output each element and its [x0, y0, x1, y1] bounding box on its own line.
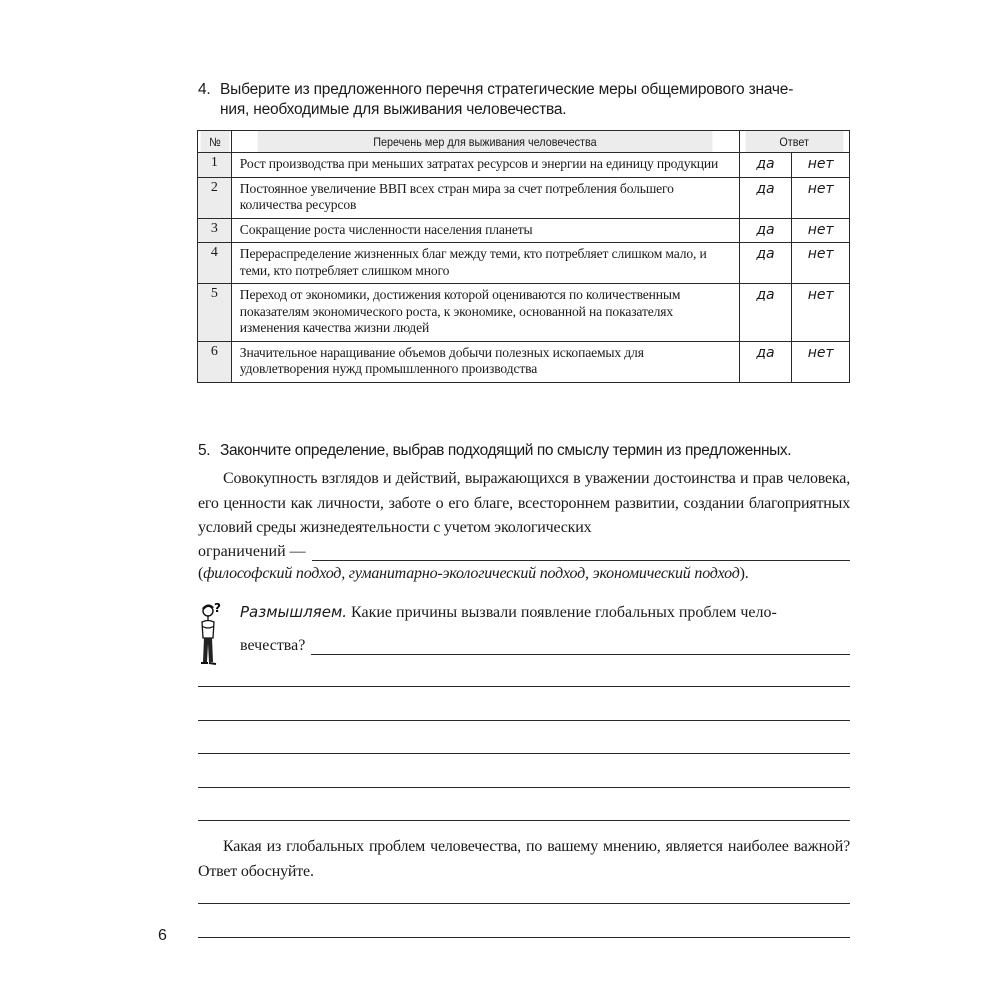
definition-fill-row: ограничений —	[198, 543, 850, 561]
answer-yes[interactable]: да	[739, 341, 792, 382]
task-number: 4.	[198, 80, 220, 100]
answer-yes[interactable]: да	[739, 177, 792, 218]
measures-table: № Перечень мер для выживания человечеств…	[197, 130, 850, 383]
question-2-text: Какая из глобальных проблем человечества…	[198, 838, 850, 880]
task-number: 5.	[198, 441, 220, 461]
answer-line[interactable]	[198, 937, 850, 938]
table-row: 6Значительное наращивание объемов добычи…	[198, 341, 850, 382]
options-text: философский подход, гуманитарно-экологич…	[203, 565, 740, 582]
answer-line[interactable]	[198, 820, 850, 821]
measure-text: Значительное наращивание объемов добычи …	[231, 341, 739, 382]
measure-text: Рост производства при меньших затратах р…	[231, 153, 739, 178]
header-answer: Ответ	[745, 131, 844, 153]
answer-line[interactable]	[198, 903, 850, 904]
answer-yes[interactable]: да	[739, 243, 792, 284]
answer-yes[interactable]: да	[739, 284, 792, 342]
table-row: 3Сокращение роста численности населения …	[198, 218, 850, 243]
definition-answer-line[interactable]	[312, 546, 850, 561]
reflection-question-2: вечества?	[240, 637, 305, 655]
task-4-heading: 4.Выберите из предложенного перечня стра…	[198, 80, 793, 120]
thinking-boy-icon: ?	[196, 600, 232, 675]
task-4-line-1: Выберите из предложенного перечня страте…	[220, 81, 793, 98]
task-4-line-2: ния, необходимые для выживания человечес…	[198, 100, 793, 120]
answer-no[interactable]: нет	[792, 153, 850, 178]
answer-no[interactable]: нет	[792, 177, 850, 218]
answer-line[interactable]	[198, 686, 850, 687]
answer-yes[interactable]: да	[739, 153, 792, 178]
question-2-paragraph: Какая из глобальных проблем человечества…	[198, 835, 850, 884]
reflection-block: Размышляем. Какие причины вызвали появле…	[240, 603, 850, 622]
term-options: (философский подход, гуманитарно-экологи…	[198, 565, 749, 583]
table-header-row: № Перечень мер для выживания человечеств…	[198, 131, 850, 153]
task-5-heading: 5.Закончите определение, выбрав подходящ…	[198, 441, 791, 461]
paren-close: ).	[740, 565, 749, 582]
definition-text: Совокупность взглядов и действий, выража…	[198, 470, 850, 536]
measure-text: Постоянное увеличение ВВП всех стран мир…	[231, 177, 739, 218]
answer-no[interactable]: нет	[792, 341, 850, 382]
answer-line[interactable]	[198, 720, 850, 721]
answer-no[interactable]: нет	[792, 284, 850, 342]
reflection-question-1: Какие причины вызвали появление глобальн…	[347, 604, 777, 621]
reflection-label: Размышляем.	[240, 603, 347, 621]
table-row: 2Постоянное увеличение ВВП всех стран ми…	[198, 177, 850, 218]
answer-yes[interactable]: да	[739, 218, 792, 243]
row-number: 4	[198, 243, 232, 284]
page-number: 6	[158, 927, 167, 945]
answer-no[interactable]: нет	[792, 243, 850, 284]
table-row: 1Рост производства при меньших затратах …	[198, 153, 850, 178]
svg-text:?: ?	[214, 601, 221, 615]
measure-text: Переход от экономики, достижения которой…	[231, 284, 739, 342]
reflection-answer-line[interactable]	[311, 640, 850, 655]
table-row: 5Переход от экономики, достижения которо…	[198, 284, 850, 342]
measure-text: Сокращение роста численности населения п…	[231, 218, 739, 243]
header-measures: Перечень мер для выживания человечества	[257, 131, 714, 153]
row-number: 6	[198, 341, 232, 382]
row-number: 5	[198, 284, 232, 342]
reflection-fill-row: вечества?	[240, 637, 850, 655]
row-number: 3	[198, 218, 232, 243]
row-number: 2	[198, 177, 232, 218]
row-number: 1	[198, 153, 232, 178]
answer-line[interactable]	[198, 753, 850, 754]
definition-paragraph: Совокупность взглядов и действий, выража…	[198, 467, 850, 541]
task-5-heading-text: Закончите определение, выбрав подходящий…	[220, 442, 791, 459]
header-num: №	[199, 131, 229, 153]
measure-text: Перераспределение жизненных благ между т…	[231, 243, 739, 284]
fill-prefix: ограничений —	[198, 543, 306, 561]
table-row: 4Перераспределение жизненных благ между …	[198, 243, 850, 284]
answer-line[interactable]	[198, 787, 850, 788]
answer-no[interactable]: нет	[792, 218, 850, 243]
